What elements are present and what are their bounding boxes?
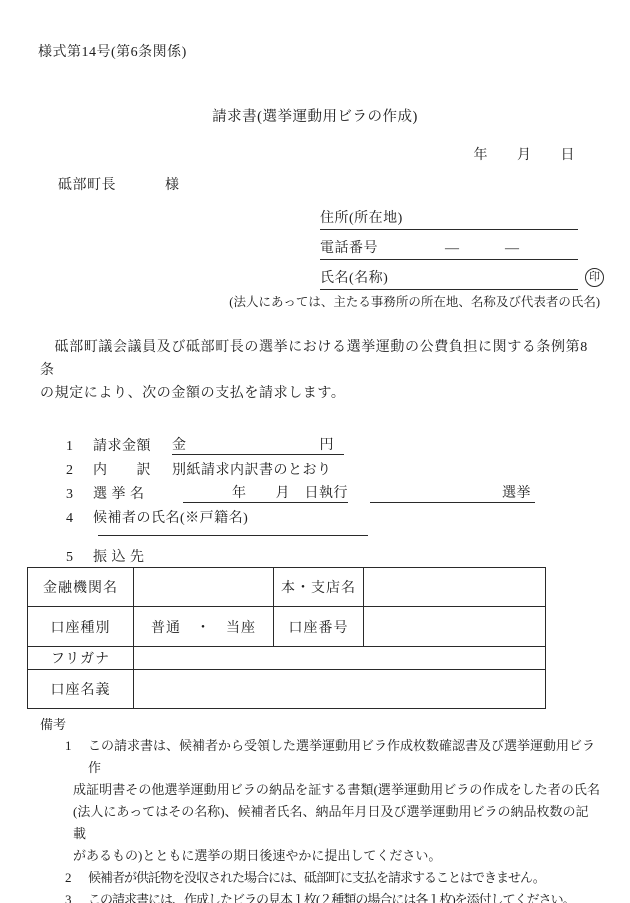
election-name-fill-in-field: 選挙: [370, 482, 535, 503]
form-number: 様式第14号(第6条関係): [38, 41, 630, 61]
remarks-note-2: 2 候補者が供託物を没収された場合には、砥部町に支払を請求することはできません。: [65, 867, 630, 889]
addressee-honorific: 様: [165, 178, 180, 193]
account-holder-label: 口座名義: [28, 670, 134, 709]
address-field: 住所(所在地): [320, 200, 578, 230]
branch-label: 本・支店名: [274, 568, 364, 607]
item-number: 1: [66, 439, 93, 455]
note-line: 候補者が供託物を没収された場合には、砥部町に支払を請求することはできません。: [88, 867, 630, 889]
amount-suffix: 円: [320, 434, 335, 454]
corporate-note: (法人にあっては、主たる事務所の所在地、名称及び代表者の氏名): [0, 292, 600, 310]
item-amount: 1 請求金額 金 円: [66, 431, 630, 455]
remarks-section: 備考 1 この請求書は、候補者から受領した選挙運動用ビラ作成枚数確認書及び選挙運…: [40, 715, 630, 903]
account-holder-value-cell: [134, 670, 546, 709]
amount-prefix: 金: [172, 434, 187, 454]
account-number-label: 口座番号: [274, 607, 364, 647]
account-number-value-cell: [364, 607, 546, 647]
body-paragraph: 砥部町議会議員及び砥部町長の選挙における選挙運動の公費負担に関する条例第8条 の…: [40, 336, 600, 405]
note-number: 3: [65, 889, 72, 903]
account-type-label: 口座種別: [28, 607, 134, 647]
note-line: 成証明書その他選挙運動用ビラの納品を証する書類(選挙運動用ビラの作成をした者の氏…: [73, 779, 600, 801]
addressee-line: 砥部町長様: [58, 174, 630, 194]
note-line: この請求書には、作成したビラの見本１枚(２種類の場合には各１枚)を添付してくださ…: [88, 889, 630, 903]
document-page: 様式第14号(第6条関係) 請求書(選挙運動用ビラの作成) 年 月 日 砥部町長…: [0, 0, 630, 903]
phone-label: 電話番号: [320, 237, 378, 257]
item-label: 請求金額: [93, 435, 172, 455]
table-row: 口座種別 普通 ・ 当座 口座番号: [28, 607, 546, 647]
remarks-note-1: 1 この請求書は、候補者から受領した選挙運動用ビラ作成枚数確認書及び選挙運動用ビ…: [65, 735, 630, 867]
item-number: 2: [66, 463, 93, 479]
name-field: 氏名(名称) 印: [320, 260, 578, 290]
remarks-title: 備考: [40, 715, 630, 735]
note-number: 1: [65, 735, 72, 757]
item-number: 5: [66, 550, 93, 566]
bank-transfer-table: 金融機関名 本・支店名 口座種別 普通 ・ 当座 口座番号 フリガナ 口座名義: [27, 567, 546, 709]
item-candidate-name: 4 候補者の氏名(※戸籍名): [66, 503, 630, 527]
breakdown-value: 別紙請求内訳書のとおり: [172, 459, 332, 479]
note-line: (法人にあってはその名称)、候補者氏名、納品年月日及び選挙運動用ビラの納品枚数の…: [73, 801, 600, 845]
name-label: 氏名(名称): [320, 267, 388, 287]
seal-mark-icon: 印: [585, 268, 604, 287]
table-row: 口座名義: [28, 670, 546, 709]
branch-value-cell: [364, 568, 546, 607]
item-number: 3: [66, 487, 93, 503]
election-date-fill-in-field: 年 月 日執行: [183, 482, 348, 503]
item-label: 内 訳: [93, 459, 172, 479]
body-line-2: の規定により、次の金額の支払を請求します。: [40, 382, 600, 405]
item-label: 候補者の氏名(※戸籍名): [93, 507, 248, 527]
item-label: 振 込 先: [93, 546, 145, 566]
financial-institution-label: 金融機関名: [28, 568, 134, 607]
note-line: があるもの)とともに選挙の期日後速やかに提出してください。: [73, 845, 630, 867]
item-bank-transfer: 5 振 込 先: [66, 544, 630, 566]
note-line: この請求書は、候補者から受領した選挙運動用ビラ作成枚数確認書及び選挙運動用ビラ作: [88, 735, 600, 779]
page-title: 請求書(選挙運動用ビラの作成): [0, 105, 630, 126]
financial-institution-value-cell: [134, 568, 274, 607]
account-type-options: 普通 ・ 当座: [134, 607, 274, 647]
body-line-1: 砥部町議会議員及び砥部町長の選挙における選挙運動の公費負担に関する条例第8条: [40, 336, 600, 382]
date-line: 年 月 日: [0, 144, 575, 164]
note-number: 2: [65, 867, 72, 889]
item-label: 選 挙 名: [93, 483, 172, 503]
item-breakdown: 2 内 訳 別紙請求内訳書のとおり: [66, 455, 630, 479]
phone-dash: ―: [445, 241, 460, 257]
applicant-block: 住所(所在地) 電話番号 ― ― 氏名(名称) 印: [320, 200, 578, 290]
item-number: 4: [66, 511, 93, 527]
table-row: フリガナ: [28, 647, 546, 670]
address-label: 住所(所在地): [320, 207, 403, 227]
furigana-label: フリガナ: [28, 647, 134, 670]
item-election-name: 3 選 挙 名 年 月 日執行 選挙: [66, 479, 630, 503]
candidate-name-fill-in-field: [98, 535, 368, 536]
request-items: 1 請求金額 金 円 2 内 訳 別紙請求内訳書のとおり 3 選 挙 名 年 月…: [66, 431, 630, 566]
furigana-value-cell: [134, 647, 546, 670]
remarks-note-3: 3 この請求書には、作成したビラの見本１枚(２種類の場合には各１枚)を添付してく…: [65, 889, 630, 903]
addressee-name: 砥部町長: [58, 178, 116, 193]
amount-fill-in-field: 金 円: [172, 434, 344, 455]
phone-field: 電話番号 ― ―: [320, 230, 578, 260]
phone-dash: ―: [505, 241, 520, 257]
table-row: 金融機関名 本・支店名: [28, 568, 546, 607]
